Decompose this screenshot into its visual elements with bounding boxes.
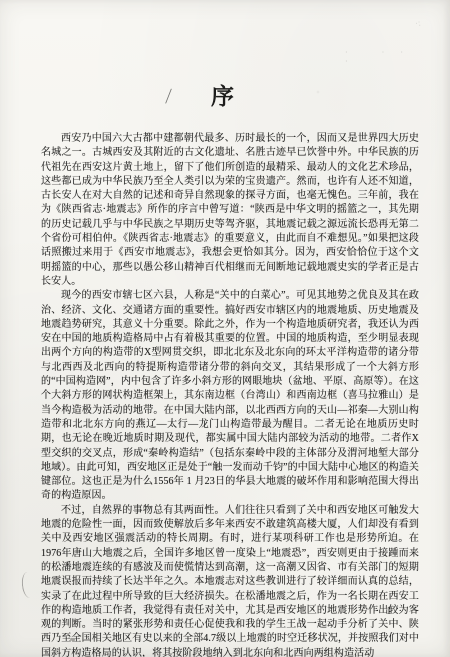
pencil-smudge-mark: · ·· · [345, 48, 450, 66]
body-paragraph-2: 现今的西安市辖七区六县，人称是“关中的白菜心”。可见其地势之优良及其在政治、经济… [41, 289, 419, 503]
body-paragraph-1: 西安乃中国六大古都中建都朝代最多、历时最长的一个，因而又是世界四大历史名城之一。… [41, 132, 419, 289]
page-title: 序 [35, 78, 413, 111]
page-number: · 1 · [376, 605, 404, 617]
pencil-mark-left-edge [21, 571, 35, 598]
pencil-smudge-mark: ·: [414, 18, 421, 29]
body-paragraph-3: 不过，自然界的事物总有其两面性。人们往往只看到了关中和西安地区可触发大地震的危险… [41, 504, 419, 657]
scanned-page: · ·· · ·: / 序 西安乃中国六大古都中建都朝代最多、历时最长的一个，因… [0, 0, 450, 657]
text-block: 序 西安乃中国六大古都中建都朝代最多、历时最长的一个，因而又是世界四大历史名城之… [41, 78, 419, 657]
